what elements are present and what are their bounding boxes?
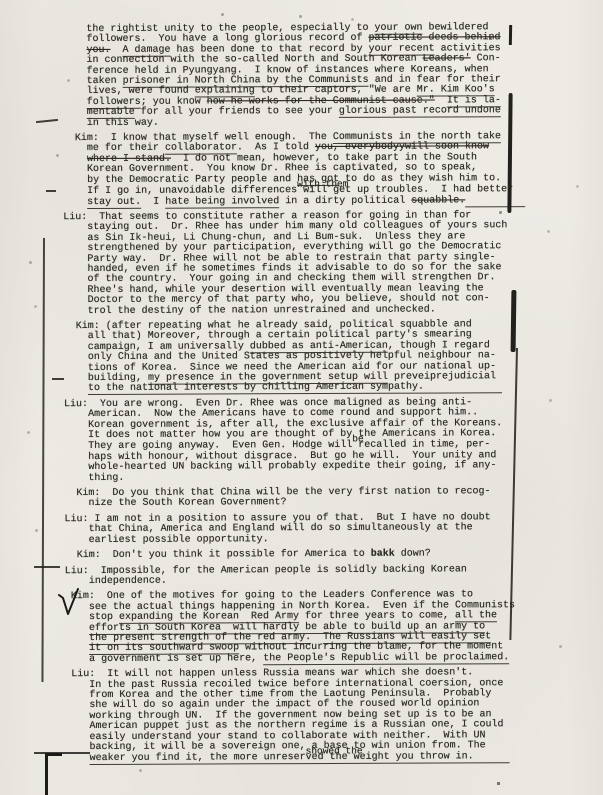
pencil-dash-mark	[34, 566, 60, 568]
bottom-corner-bracket-mark	[45, 753, 62, 795]
dialogue-paragraph: the rightist unity to the people, especi…	[62, 23, 582, 129]
dialogue-paragraph-kim: Kim: (after repeating what he already sa…	[64, 320, 584, 395]
dialogue-paragraph-kim: Kim: Don't you think it possible for Ame…	[65, 549, 585, 562]
typed-line: earliest possible opportunity.	[65, 534, 585, 547]
typed-line: stay out. I hate being involved in a dir…	[63, 195, 583, 208]
left-margin-line-mark	[41, 238, 44, 682]
dialogue-paragraph-kim: Kim: I know that myself well enough. The…	[63, 132, 583, 208]
scanned-document-page: the rightist unity to the people, especi…	[0, 0, 603, 795]
pencil-dash-mark	[52, 378, 64, 380]
typed-line: independence.	[65, 575, 585, 588]
typed-line: in this way.	[63, 117, 583, 130]
typed-line: a government is set up here, the People'…	[65, 653, 585, 666]
typed-text: the rightist unity to the people, especi…	[62, 23, 585, 770]
dialogue-paragraph-kim: Kim: One of the motives for going to the…	[65, 590, 585, 665]
dialogue-paragraph-liu: Liu: Impossible, for the American people…	[65, 564, 585, 587]
right-margin-tick-mark	[509, 25, 512, 45]
pencil-dash-mark	[36, 119, 58, 123]
pencil-dash-mark	[34, 752, 90, 754]
right-margin-bar-mark	[511, 290, 517, 352]
dialogue-paragraph-kim: Kim: Do you think that China will be the…	[64, 487, 584, 510]
typed-line: to the national interests by chilling Am…	[64, 382, 584, 395]
typed-line: trol the destiny of the nation unrestrai…	[64, 304, 584, 317]
dialogue-paragraph-liu: Liu: That seems to constitute rather a r…	[63, 211, 583, 317]
dialogue-paragraph-liu: Liu: You are wrong. Even Dr. Rhee was on…	[64, 398, 584, 485]
typed-line: weaker you find it, the more unresershow…	[66, 751, 586, 765]
typed-line: nize the South Korean Government?	[64, 497, 584, 510]
scan-noise-specks	[0, 0, 1, 1]
checkmark-icon	[57, 588, 79, 621]
dialogue-paragraph-liu: Liu: It will not happen unless Russia me…	[65, 668, 585, 765]
typed-line: Kim: Don't you think it possible for Ame…	[65, 549, 585, 562]
pencil-dash-mark	[46, 190, 56, 192]
dialogue-paragraph-liu: Liu: I am not in a position to assure yo…	[65, 513, 585, 546]
